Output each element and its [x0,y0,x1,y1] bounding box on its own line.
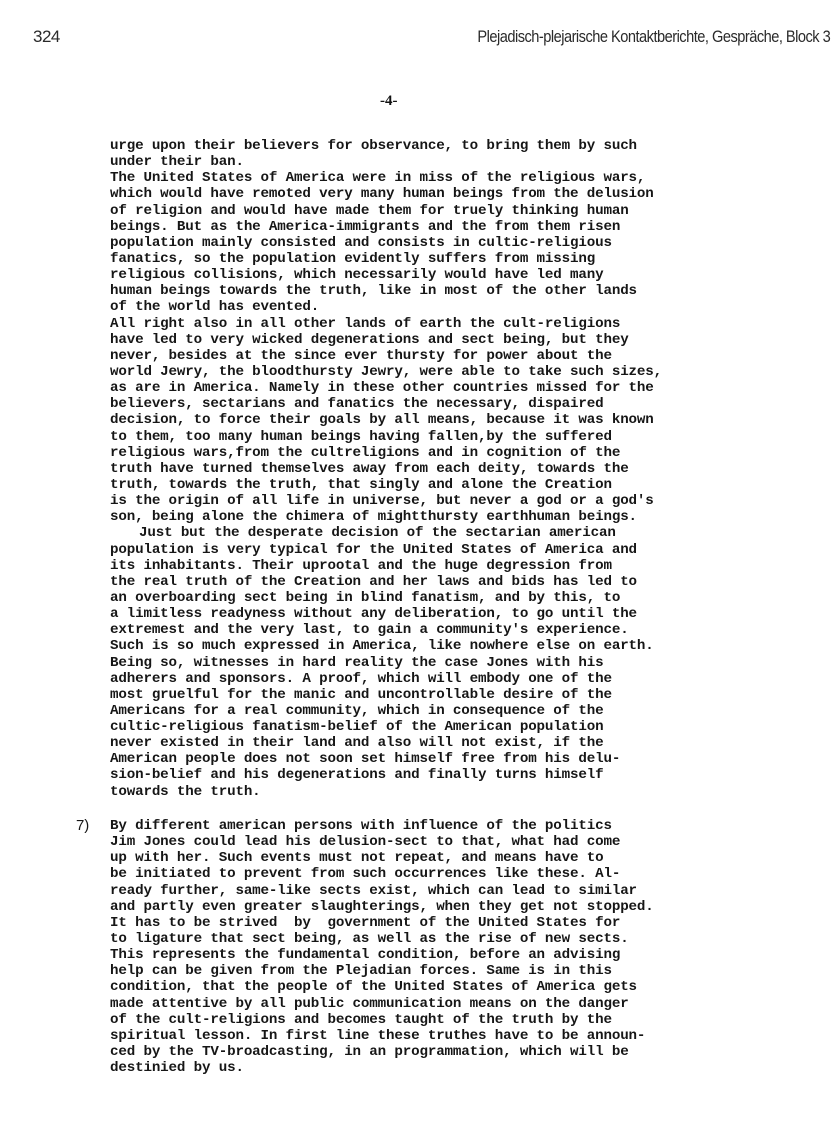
text-line: help can be given from the Plejadian for… [110,963,810,979]
main-body-text: urge upon their believers for observance… [110,138,810,800]
text-line: which would have remoted very many human… [110,186,810,202]
text-line: religious wars,from the cultreligions an… [110,445,810,461]
running-header: 324 Plejadisch-plejarische Kontaktberich… [0,27,834,51]
text-line: an overboarding sect being in blind fana… [110,590,810,606]
text-line: of religion and would have made them for… [110,203,810,219]
text-line: son, being alone the chimera of mightthu… [110,509,810,525]
indented-paragraph: Just but the desperate decision of the s… [110,525,810,799]
text-line: of the cult-religions and becomes taught… [110,1012,810,1028]
text-line: The United States of America were in mis… [110,170,810,186]
text-line: the real truth of the Creation and her l… [110,574,810,590]
text-line: Jim Jones could lead his delusion-sect t… [110,834,810,850]
numbered-item-7: 7) By different american persons with in… [110,818,810,1076]
text-line: world Jewry, the bloodthursty Jewry, wer… [110,364,810,380]
text-line: never, besides at the since ever thursty… [110,348,810,364]
continuation-paragraph: urge upon their believers for observance… [110,138,810,525]
item-number: 7) [76,818,89,834]
text-line: have led to very wicked degenerations an… [110,332,810,348]
text-line: of the world has evented. [110,299,810,315]
text-line: cultic-religious fanatism-belief of the … [110,719,810,735]
text-line: to them, too many human beings having fa… [110,429,810,445]
text-line: under their ban. [110,154,810,170]
text-line: spiritual lesson. In first line these tr… [110,1028,810,1044]
text-line: sion-belief and his degenerations and fi… [110,767,810,783]
text-line: ready further, same-like sects exist, wh… [110,883,810,899]
text-line: It has to be strived by government of th… [110,915,810,931]
text-line: made attentive by all public communicati… [110,996,810,1012]
text-line: truth, towards the truth, that singly an… [110,477,810,493]
text-line: never existed in their land and also wil… [110,735,810,751]
text-line: adherers and sponsors. A proof, which wi… [110,671,810,687]
text-line: American people does not soon set himsel… [110,751,810,767]
text-line: its inhabitants. Their uprootal and the … [110,558,810,574]
text-line: Americans for a real community, which in… [110,703,810,719]
text-line: Such is so much expressed in America, li… [110,638,810,654]
text-line: This represents the fundamental conditio… [110,947,810,963]
document-page-marker: -4- [380,93,398,110]
page-number: 324 [33,27,60,47]
text-line: population is very typical for the Unite… [110,542,810,558]
text-line: truth have turned themselves away from e… [110,461,810,477]
text-line: By different american persons with influ… [110,818,810,834]
text-line: most gruelful for the manic and uncontro… [110,687,810,703]
text-line: population mainly consisted and consists… [110,235,810,251]
text-line: towards the truth. [110,784,810,800]
text-line: condition, that the people of the United… [110,979,810,995]
book-title: Plejadisch-plejarische Kontaktberichte, … [477,27,830,47]
text-line: All right also in all other lands of ear… [110,316,810,332]
text-line: is the origin of all life in universe, b… [110,493,810,509]
text-line: decision, to force their goals by all me… [110,412,810,428]
text-line: Being so, witnesses in hard reality the … [110,655,810,671]
text-line: beings. But as the America-immigrants an… [110,219,810,235]
text-line: a limitless readyness without any delibe… [110,606,810,622]
text-line: ced by the TV-broadcasting, in an progra… [110,1044,810,1060]
text-line: be initiated to prevent from such occurr… [110,866,810,882]
text-line: believers, sectarians and fanatics the n… [110,396,810,412]
text-line: destinied by us. [110,1060,810,1076]
text-line: to ligature that sect being, as well as … [110,931,810,947]
text-line: fanatics, so the population evidently su… [110,251,810,267]
text-line: Just but the desperate decision of the s… [110,525,810,541]
text-line: up with her. Such events must not repeat… [110,850,810,866]
text-line: human beings towards the truth, like in … [110,283,810,299]
text-line: and partly even greater slaughterings, w… [110,899,810,915]
text-line: urge upon their believers for observance… [110,138,810,154]
text-line: religious collisions, which necessarily … [110,267,810,283]
text-line: extremest and the very last, to gain a c… [110,622,810,638]
text-line: as are in America. Namely in these other… [110,380,810,396]
